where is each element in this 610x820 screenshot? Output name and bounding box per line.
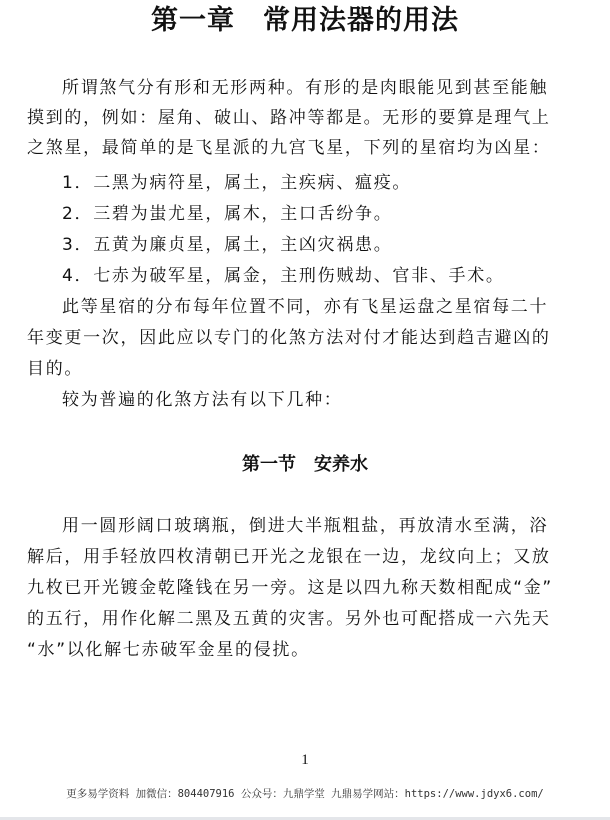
star-list-item-2: 2．三碧为蚩尤星，属木，主口舌纷争。 [62, 203, 392, 225]
section-line-1: 用一圆形阔口玻璃瓶，倒进大半瓶粗盐，再放清水至满，浴 [62, 515, 548, 537]
document-page: 第一章 常用法器的用法 所谓煞气分有形和无形两种。有形的是肉眼能见到甚至能触 摸… [0, 0, 610, 817]
section-line-4: 的五行，用作化解二黑及五黄的灾害。另外也可配搭成一六先天 [27, 608, 551, 630]
star-list-item-4: 4．七赤为破军星，属金，主刑伤贼劫、官非、手术。 [62, 265, 505, 287]
section-line-3: 九枚已开光镀金乾隆钱在另一旁。这是以四九称天数相配成“金” [27, 577, 553, 599]
star-list-item-3: 3．五黄为廉贞星，属土，主凶灾祸患。 [62, 234, 392, 256]
page-number: 1 [0, 752, 610, 769]
distribution-line-1: 此等星宿的分布每年位置不同，亦有飞星运盘之星宿每二十 [62, 296, 548, 318]
intro-line-2: 摸到的，例如：屋角、破山、路冲等都是。无形的要算是理气上 [27, 107, 551, 129]
methods-intro: 较为普遍的化煞方法有以下几种： [62, 389, 343, 411]
distribution-line-3: 目的。 [27, 358, 83, 380]
chapter-title: 第一章 常用法器的用法 [0, 4, 610, 38]
intro-line-3: 之煞星，最简单的是飞星派的九宫飞星，下列的星宿均为凶星： [27, 137, 551, 159]
star-list-item-1: 1．二黑为病符星，属土，主疾病、瘟疫。 [62, 172, 411, 194]
footer-watermark: 更多易学资料 加微信：804407916 公众号：九鼎学堂 九鼎易学网站：htt… [0, 786, 610, 801]
distribution-line-2: 年变更一次，因此应以专门的化煞方法对付才能达到趋吉避凶的 [27, 327, 551, 349]
section-line-2: 解后，用手轻放四枚清朝已开光之龙银在一边，龙纹向上；又放 [27, 546, 551, 568]
section-title: 第一节 安养水 [0, 452, 610, 478]
section-line-5: “水”以化解七赤破军金星的侵扰。 [27, 639, 310, 661]
intro-line-1: 所谓煞气分有形和无形两种。有形的是肉眼能见到甚至能触 [62, 77, 548, 99]
